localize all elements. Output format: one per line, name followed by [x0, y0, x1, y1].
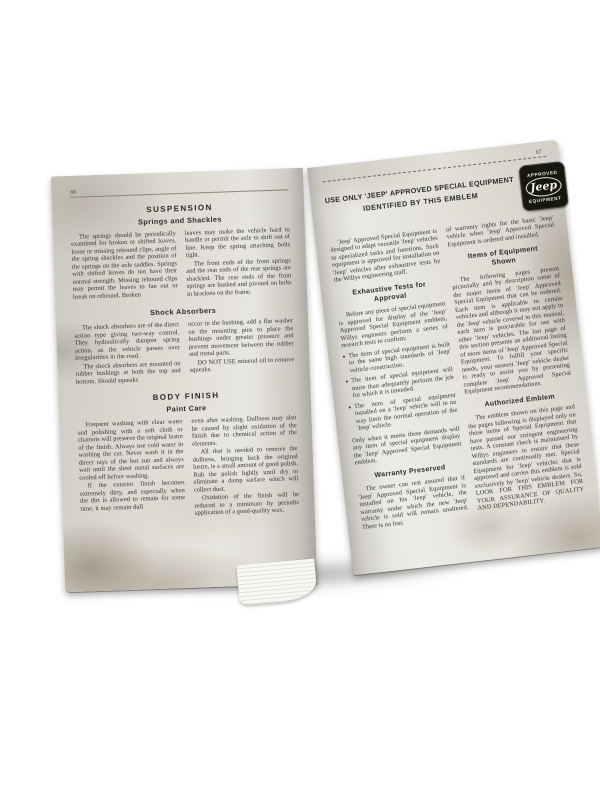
paragraph: 'Jeep' Approved Special Equipment is des… — [329, 228, 441, 285]
jeep-approved-equipment-emblem: APPROVED Jeep EQUIPMENT — [518, 161, 569, 212]
right-page-columns: 'Jeep' Approved Special Equipment is des… — [329, 214, 586, 531]
paragraph: The shock absorbers are mounted on rubbe… — [75, 360, 181, 386]
paragraph: The front ends of the front springs and … — [186, 257, 292, 298]
shock-col-2: occur in the bushing, add a flat washer … — [188, 318, 295, 383]
manual-right-page: 67 USE ONLY 'JEEP' APPROVED SPECIAL EQUI… — [307, 139, 600, 575]
paragraph: DO NOT USE mineral oil to remove squeaks… — [189, 356, 294, 375]
emblem-equipment-label: EQUIPMENT — [529, 195, 562, 204]
paragraph: even after washing. Dullness may also be… — [191, 414, 297, 448]
right-col-1: 'Jeep' Approved Special Equipment is des… — [329, 228, 470, 532]
springs-shackles-columns: The springs should be periodically exami… — [71, 226, 292, 302]
paint-care-columns: Frequent washing with clear water and po… — [77, 414, 299, 521]
bullet-icon: ● — [342, 353, 347, 376]
shock-absorbers-columns: The shock absorbers are of the direct ac… — [74, 318, 295, 386]
paint-col-2: even after washing. Dullness may also be… — [191, 414, 299, 517]
right-col-2: of warranty rights for the basic 'Jeep' … — [446, 214, 587, 518]
paragraph: The shock absorbers are of the direct ac… — [74, 321, 180, 362]
paragraph: leaves may make the vehicle hard to hand… — [185, 226, 291, 260]
paragraph: All that is needed to remove the dullnes… — [192, 445, 299, 494]
manual-left-page: 66 SUSPENSION Springs and Shackles The s… — [51, 168, 317, 593]
manual-photo-scene: 66 SUSPENSION Springs and Shackles The s… — [0, 0, 600, 800]
springs-col-2: leaves may make the vehicle hard to hand… — [185, 226, 292, 298]
paragraph: Frequent washing with clear water and po… — [77, 418, 184, 482]
page-edge-curl — [236, 559, 317, 606]
paragraph: The following pages present pictorially … — [451, 265, 572, 396]
jeep-logo: Jeep — [530, 179, 558, 193]
paragraph: occur in the bushing, add a flat washer … — [188, 318, 294, 359]
paragraph: The springs should be periodically exami… — [71, 230, 178, 301]
bullet-icon: ● — [348, 403, 354, 433]
paragraph: If the exterior finish becomes extremely… — [80, 479, 186, 513]
paragraph: The owner can rest assured that if 'Jeep… — [357, 474, 469, 531]
shock-col-1: The shock absorbers are of the direct ac… — [74, 321, 181, 386]
springs-col-1: The springs should be periodically exami… — [71, 230, 178, 302]
bullet-icon: ● — [345, 378, 350, 401]
paint-col-1: Frequent washing with clear water and po… — [77, 418, 185, 521]
paragraph: The emblem shown on this page and the pa… — [467, 404, 585, 513]
paragraph: of warranty rights for the basic 'Jeep' … — [446, 214, 556, 249]
paragraph: Oxidation of the finish will be reduced … — [194, 491, 300, 517]
